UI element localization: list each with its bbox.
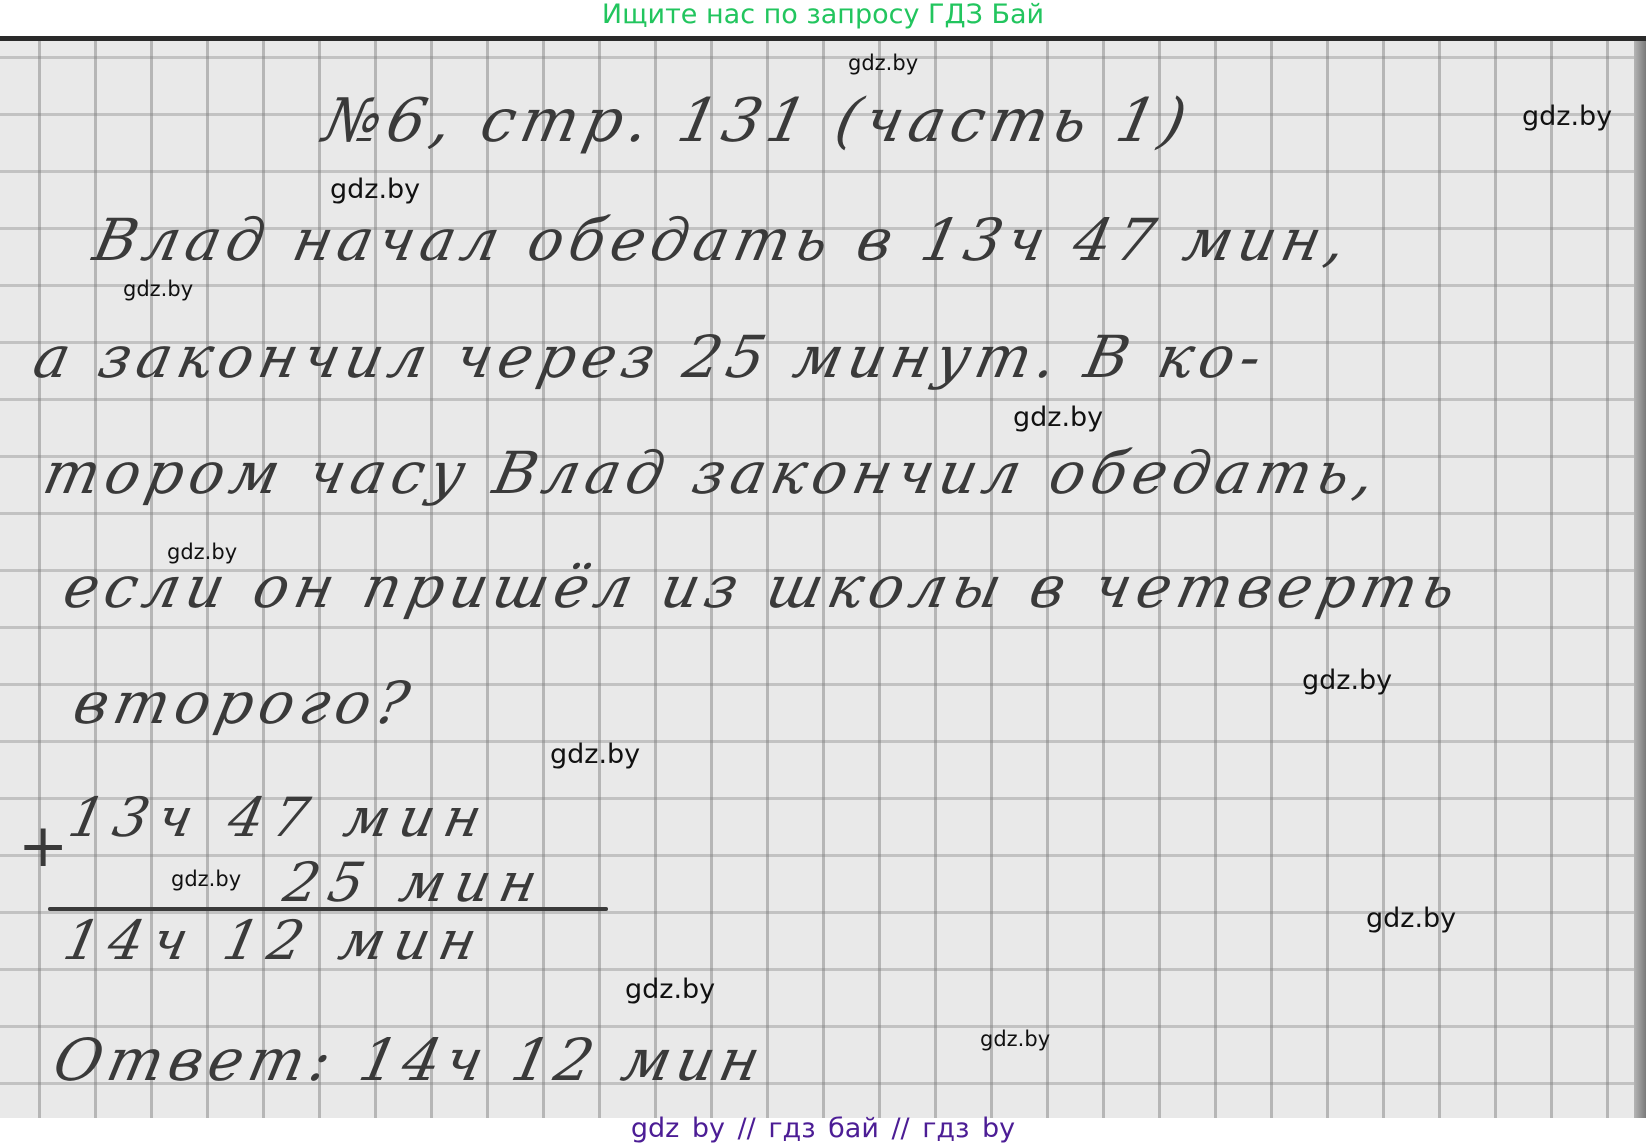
addition-sign: + (18, 811, 68, 881)
addend-2: 25 мин (278, 851, 552, 914)
watermark: gdz.by (1302, 665, 1392, 696)
addend-1: 13ч 47 мин (63, 786, 497, 849)
notebook-page-edge (1634, 41, 1646, 1118)
notebook-page: №6, стр. 131 (часть 1) Влад начал обедат… (0, 36, 1646, 1118)
watermark: gdz.by (550, 739, 640, 770)
answer-line: Ответ: 14ч 12 мин (48, 1026, 772, 1094)
watermark: gdz.by (123, 277, 193, 301)
watermark: gdz.by (330, 174, 420, 205)
watermark: gdz.by (1522, 101, 1612, 132)
footer-links: gdz by // гдз бай // гдз by (0, 1113, 1646, 1148)
watermark: gdz.by (625, 974, 715, 1005)
problem-line-5: второго? (68, 669, 422, 737)
watermark: gdz.by (980, 1027, 1050, 1051)
sum-result: 14ч 12 мин (58, 909, 492, 972)
watermark: gdz.by (1013, 402, 1103, 433)
problem-line-2: а закончил через 25 минут. В ко- (28, 323, 1274, 391)
problem-line-3: тором часу Влад закончил обедать, (38, 439, 1387, 507)
problem-line-1: Влад начал обедать в 13ч 47 мин, (88, 206, 1358, 274)
exercise-title: №6, стр. 131 (часть 1) (318, 86, 1199, 156)
watermark: gdz.by (1366, 903, 1456, 934)
problem-line-4: если он пришёл из школы в четверть (58, 553, 1468, 621)
watermark: gdz.by (167, 540, 237, 564)
watermark: gdz.by (848, 51, 918, 75)
watermark: gdz.by (171, 867, 241, 891)
search-banner: Ищите нас по запросу ГДЗ Бай (0, 0, 1646, 34)
